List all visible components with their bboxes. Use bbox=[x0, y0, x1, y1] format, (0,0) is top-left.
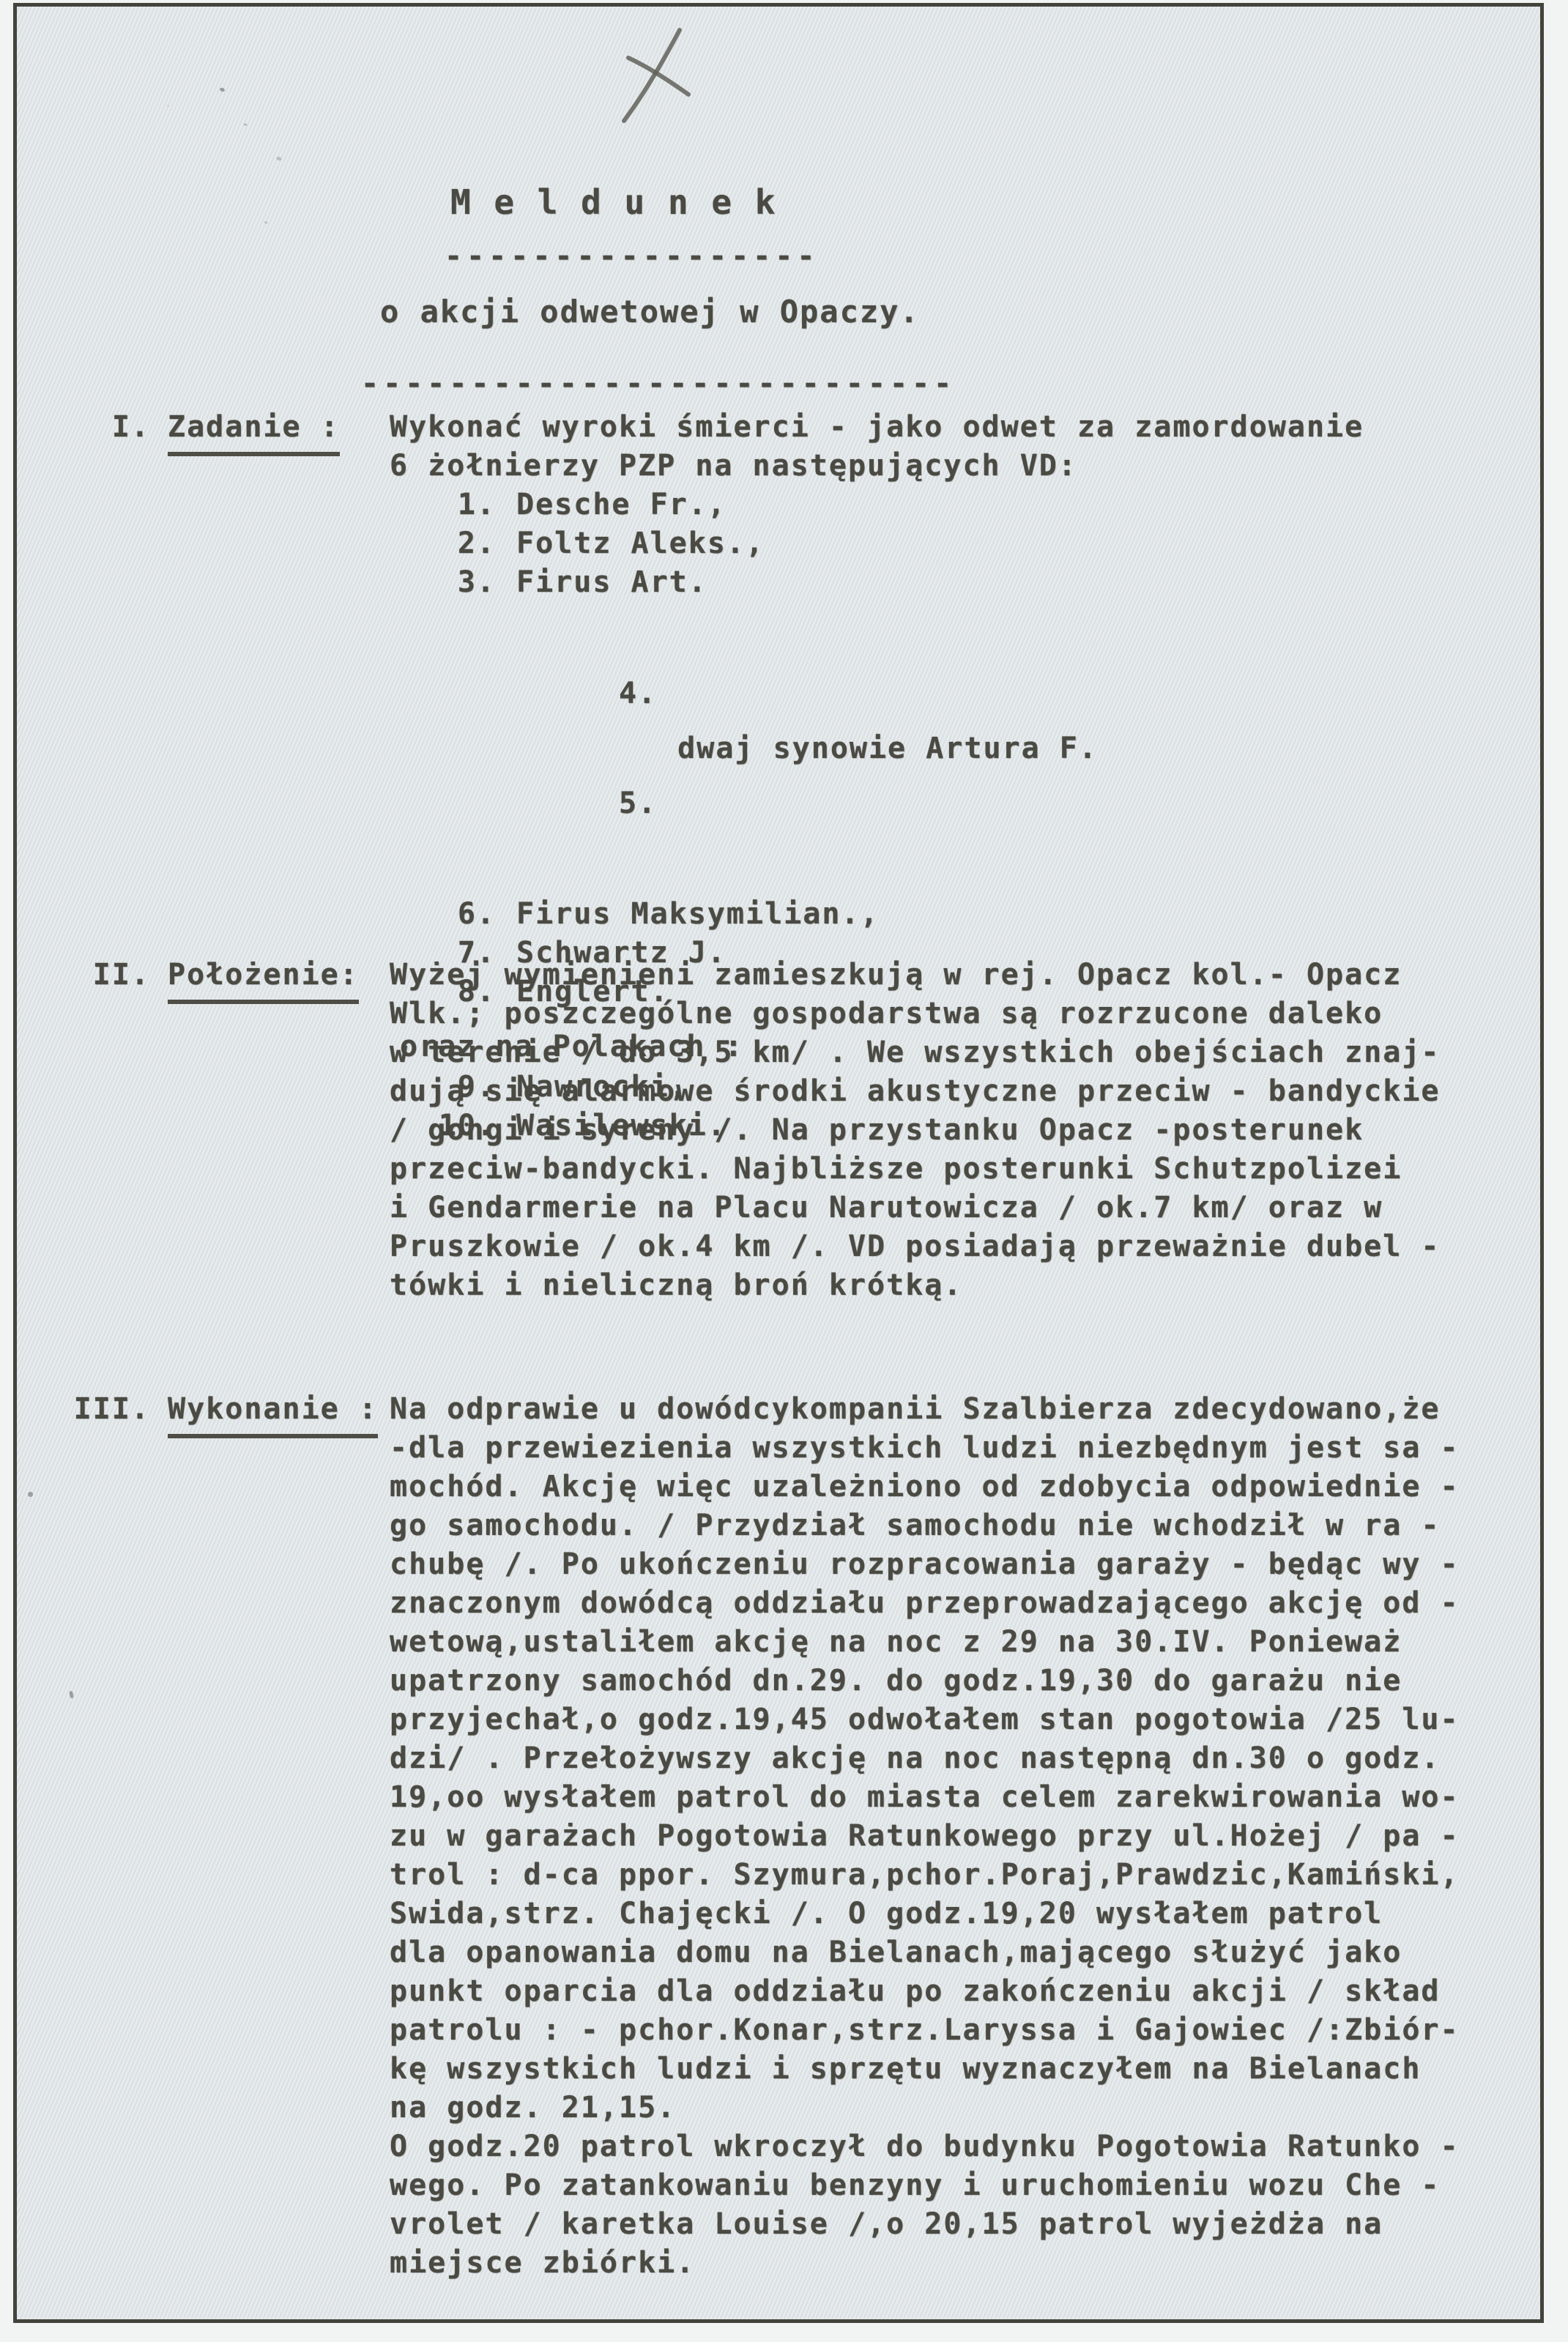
list-item-text: Firus Maksymilian., bbox=[516, 895, 880, 934]
section-heading: Wykonanie : bbox=[168, 1390, 378, 1438]
section-numeral: I. bbox=[17, 408, 150, 456]
list-item-double: 4. 5. dwaj synowie Artura F. bbox=[390, 602, 1534, 895]
list-item: 2. Foltz Aleks., bbox=[390, 524, 1534, 563]
list-item: 3. Firus Art. bbox=[390, 563, 1534, 602]
section-polozenie: II. Położenie: Wyżej wymienieni zamieszk… bbox=[17, 956, 1534, 1305]
list-item-number: 5. bbox=[390, 785, 657, 822]
list-item: 6. Firus Maksymilian., bbox=[390, 895, 1534, 934]
list-item-text: Desche Fr., bbox=[516, 486, 727, 524]
section-numeral: III. bbox=[17, 1390, 150, 1438]
list-item: 1. Desche Fr., bbox=[390, 486, 1534, 524]
victim-list-vd: 1. Desche Fr., 2. Foltz Aleks., 3. Firus… bbox=[390, 486, 1534, 1011]
list-item-text: Firus Art. bbox=[516, 563, 707, 602]
section-body-text: Wyżej wymienieni zamieszkują w rej. Opac… bbox=[390, 956, 1534, 1305]
section-body: Na odprawie u dowódcykompanii Szalbierza… bbox=[390, 1390, 1534, 2283]
list-item-number: 3. bbox=[390, 563, 496, 602]
title-underline: ----------------- bbox=[445, 239, 819, 273]
scan-speckle bbox=[28, 1492, 33, 1497]
handwritten-x-icon bbox=[586, 20, 718, 144]
section-wykonanie: III. Wykonanie : Na odprawie u dowódcyko… bbox=[17, 1390, 1534, 2283]
section-heading: Zadanie : bbox=[168, 408, 340, 456]
section-numeral: II. bbox=[17, 956, 150, 1004]
document-sheet: M e l d u n e k ----------------- o akcj… bbox=[13, 3, 1544, 2323]
subtitle-underline: --------------------------- bbox=[361, 367, 956, 401]
list-item-number: 2. bbox=[390, 524, 496, 563]
section-intro-text: Wykonać wyroki śmierci - jako odwet za z… bbox=[390, 408, 1534, 486]
scan-speckle bbox=[219, 87, 225, 92]
list-item-number: 6. bbox=[390, 895, 496, 934]
section-heading-row: III. Wykonanie : bbox=[17, 1390, 390, 1438]
list-item-number: 4. bbox=[390, 675, 657, 712]
list-item-number-stack: 4. 5. bbox=[390, 602, 657, 895]
list-item-text: dwaj synowie Artura F. bbox=[677, 729, 1098, 768]
section-body-text: Na odprawie u dowódcykompanii Szalbierza… bbox=[390, 1390, 1534, 2283]
section-body: Wyżej wymienieni zamieszkują w rej. Opac… bbox=[390, 956, 1534, 1305]
section-heading-row: I. Zadanie : bbox=[17, 408, 390, 456]
report-subtitle: o akcji odwetowej w Opaczy. bbox=[380, 294, 920, 330]
list-item-number: 1. bbox=[390, 486, 496, 524]
list-item-text: Foltz Aleks., bbox=[516, 524, 765, 563]
report-title: M e l d u n e k bbox=[450, 182, 776, 222]
section-heading: Położenie: bbox=[168, 956, 359, 1004]
section-heading-row: II. Położenie: bbox=[17, 956, 390, 1004]
scanned-document-page: M e l d u n e k ----------------- o akcj… bbox=[0, 0, 1568, 2342]
